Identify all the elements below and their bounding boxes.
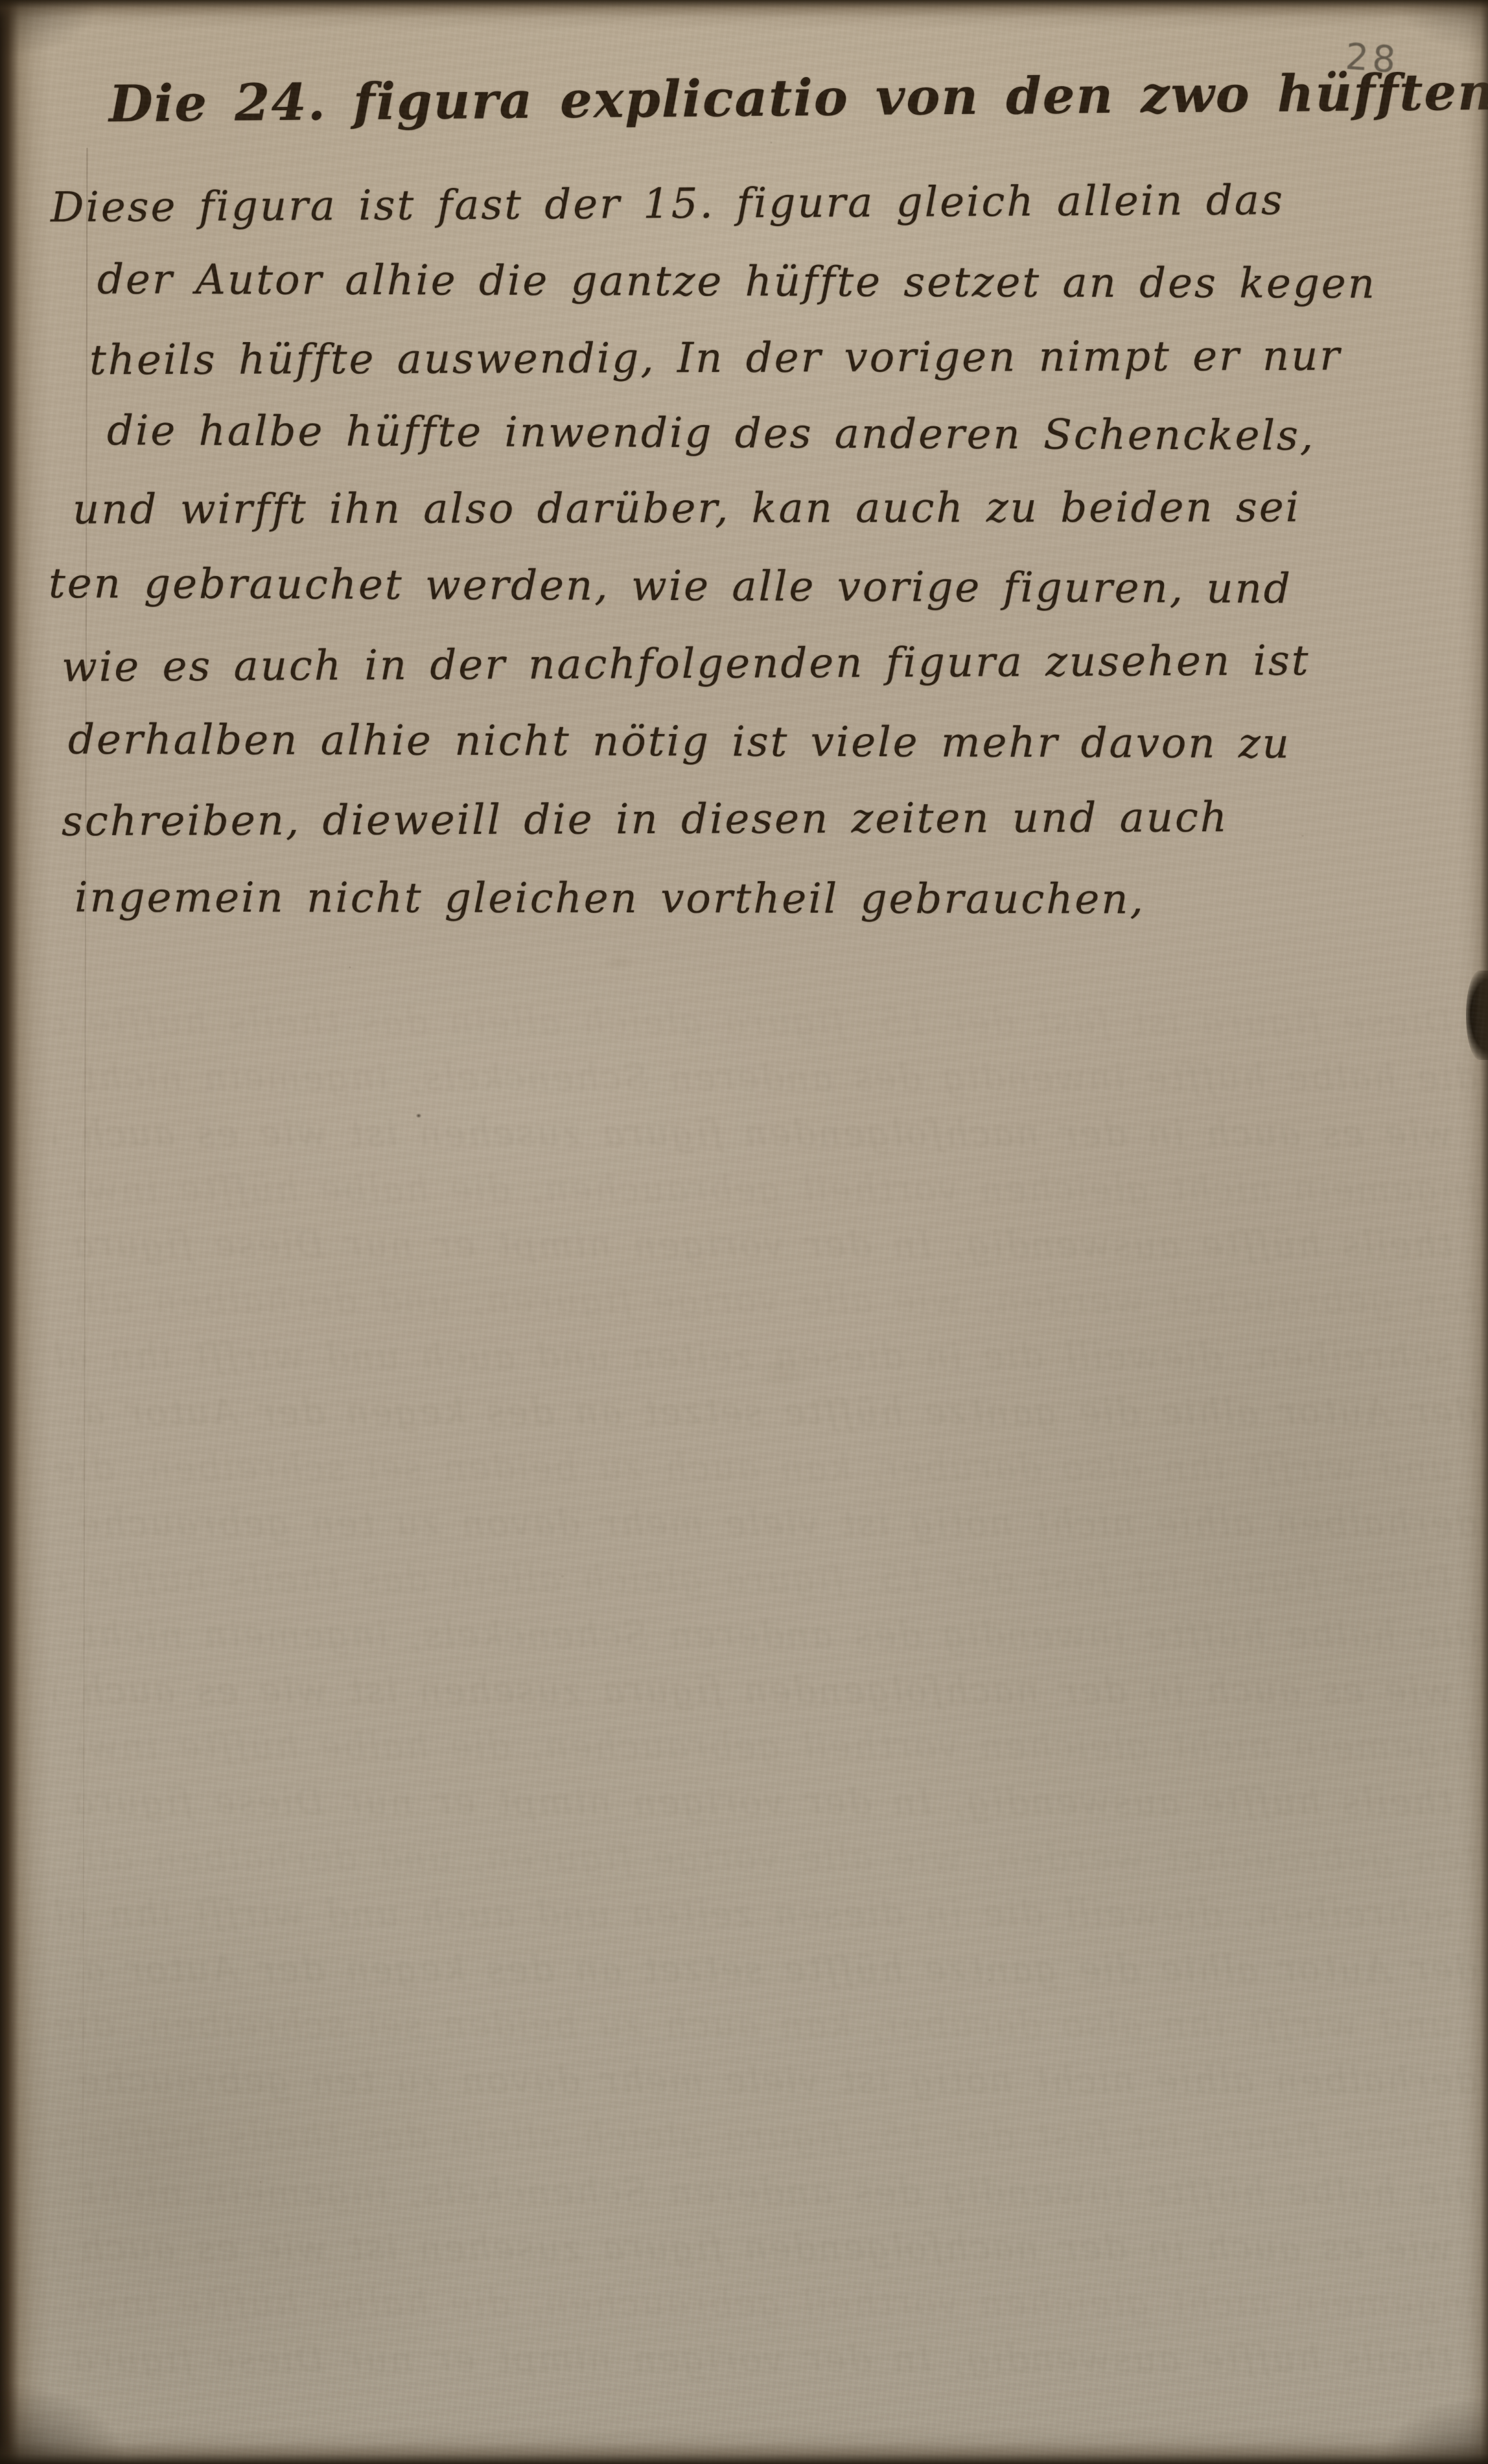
manuscript-line: theils hüffte auswendig, In der vorigen … bbox=[89, 332, 1342, 385]
show-through-line: und wirfft ihn also darüber, kan auch zu… bbox=[53, 1447, 1453, 1489]
show-through-line: die halbe hüffte inwendig des anderen Sc… bbox=[78, 1057, 1478, 1099]
show-through-line: theils hüffte auswendig, In der vorigen … bbox=[53, 1224, 1453, 1266]
manuscript-line: die halbe hüffte inwendig des anderen Sc… bbox=[107, 407, 1315, 460]
show-through-line: schreiben, dieweill die in diesen zeiten… bbox=[53, 1893, 1453, 1935]
show-through-line: ingemein nicht gleichen vortheil gebrauc… bbox=[78, 2283, 1478, 2325]
manuscript-line: ingemein nicht gleichen vortheil gebrauc… bbox=[75, 874, 1145, 924]
show-through-line: derhalben alhie nicht nötig ist viele me… bbox=[78, 1503, 1478, 1545]
show-through-line: ingemein nicht gleichen vortheil gebrauc… bbox=[78, 1168, 1478, 1210]
manuscript-line: wie es auch in der nachfolgenden figura … bbox=[62, 637, 1310, 691]
show-through-line: die halbe hüffte inwendig des anderen Sc… bbox=[78, 1614, 1478, 1656]
show-through-line: und wirfft ihn also darüber, kan auch zu… bbox=[53, 2004, 1453, 2046]
heading-line: Die 24. figura explicatio von den zwo hü… bbox=[109, 63, 1488, 134]
bottom-edge-shadow bbox=[0, 2426, 1488, 2464]
show-through-line: der Autor alhie die gantze hüffte setzet… bbox=[78, 1948, 1478, 1990]
show-through-line: wie es auch in der nachfolgenden figura … bbox=[53, 1670, 1453, 1712]
binding-edge-shadow bbox=[0, 0, 51, 2464]
show-through-line: theils hüffte auswendig, In der vorigen … bbox=[53, 1781, 1453, 1823]
show-through-line: ten gebrauchet werden, wie alle vorige f… bbox=[78, 1837, 1478, 1879]
show-through-line: die halbe hüffte inwendig des anderen Sc… bbox=[78, 2171, 1478, 2213]
show-through-line: Diese figura ist fast der 15. figura gle… bbox=[53, 1001, 1453, 1043]
top-edge-shadow bbox=[0, 0, 1488, 30]
show-through-line: wie es auch in der nachfolgenden figura … bbox=[53, 1112, 1453, 1155]
show-through-line: ten gebrauchet werden, wie alle vorige f… bbox=[78, 1280, 1478, 1322]
right-edge-shadow bbox=[1458, 0, 1488, 2464]
manuscript-page: Diese figura ist fast der 15. figura gle… bbox=[0, 0, 1488, 2464]
show-through-line: schreiben, dieweill die in diesen zeiten… bbox=[53, 1335, 1453, 1377]
show-through-line: Diese figura ist fast der 15. figura gle… bbox=[53, 1558, 1453, 1600]
manuscript-line: Diese figura ist fast der 15. figura gle… bbox=[51, 176, 1285, 232]
show-through-line: der Autor alhie die gantze hüffte setzet… bbox=[78, 1391, 1478, 1433]
manuscript-line: und wirfft ihn also darüber, kan auch zu… bbox=[73, 483, 1301, 533]
manuscript-line: ten gebrauchet werden, wie alle vorige f… bbox=[49, 560, 1292, 613]
show-through-line: ingemein nicht gleichen vortheil gebrauc… bbox=[78, 1725, 1478, 1767]
show-through-line: Diese figura ist fast der 15. figura gle… bbox=[53, 2115, 1453, 2158]
manuscript-line: derhalben alhie nicht nötig ist viele me… bbox=[68, 716, 1291, 768]
margin-rule-line bbox=[82, 148, 88, 2279]
show-through-line: wie es auch in der nachfolgenden figura … bbox=[53, 2227, 1453, 2269]
show-through-line: derhalben alhie nicht nötig ist viele me… bbox=[78, 2060, 1478, 2102]
manuscript-line: der Autor alhie die gantze hüffte setzet… bbox=[97, 256, 1377, 308]
edge-ink-blot bbox=[1466, 971, 1488, 1060]
manuscript-line: schreiben, dieweill die in diesen zeiten… bbox=[62, 794, 1229, 846]
show-through-line: theils hüffte auswendig, In der vorigen … bbox=[53, 2338, 1453, 2380]
